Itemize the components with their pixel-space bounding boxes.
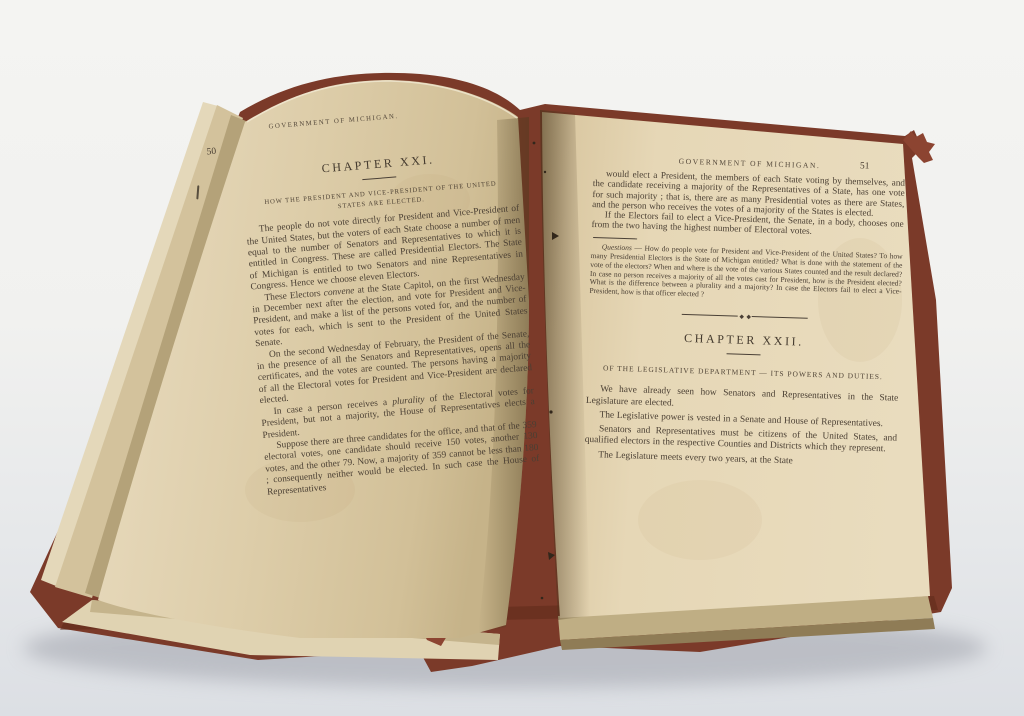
- chapter-rule-right: [727, 353, 761, 355]
- left-page: GOVERNMENT OF MICHIGAN. 50 CHAPTER XXI. …: [237, 96, 541, 499]
- page-number-right: 51: [860, 161, 870, 171]
- right-page-body: We have already seen how Senators and Re…: [584, 384, 898, 471]
- divider-ornament-icon: [589, 309, 901, 324]
- right-page: GOVERNMENT OF MICHIGAN. 51 would elect a…: [584, 146, 906, 471]
- page-number-left: 50: [206, 147, 216, 158]
- open-book-photo: GOVERNMENT OF MICHIGAN. 50 CHAPTER XXI. …: [0, 0, 1024, 716]
- chapter-heading-right: CHAPTER XXII.: [588, 328, 900, 353]
- questions-paragraph: Questions — How do people vote for Presi…: [589, 243, 903, 306]
- chapter-rule-left: [362, 176, 396, 180]
- questions-rule: [593, 237, 637, 239]
- left-page-body: The people do not vote directly for Pres…: [246, 204, 541, 499]
- section-title-right: OF THE LEGISLATIVE DEPARTMENT — ITS POWE…: [587, 363, 899, 382]
